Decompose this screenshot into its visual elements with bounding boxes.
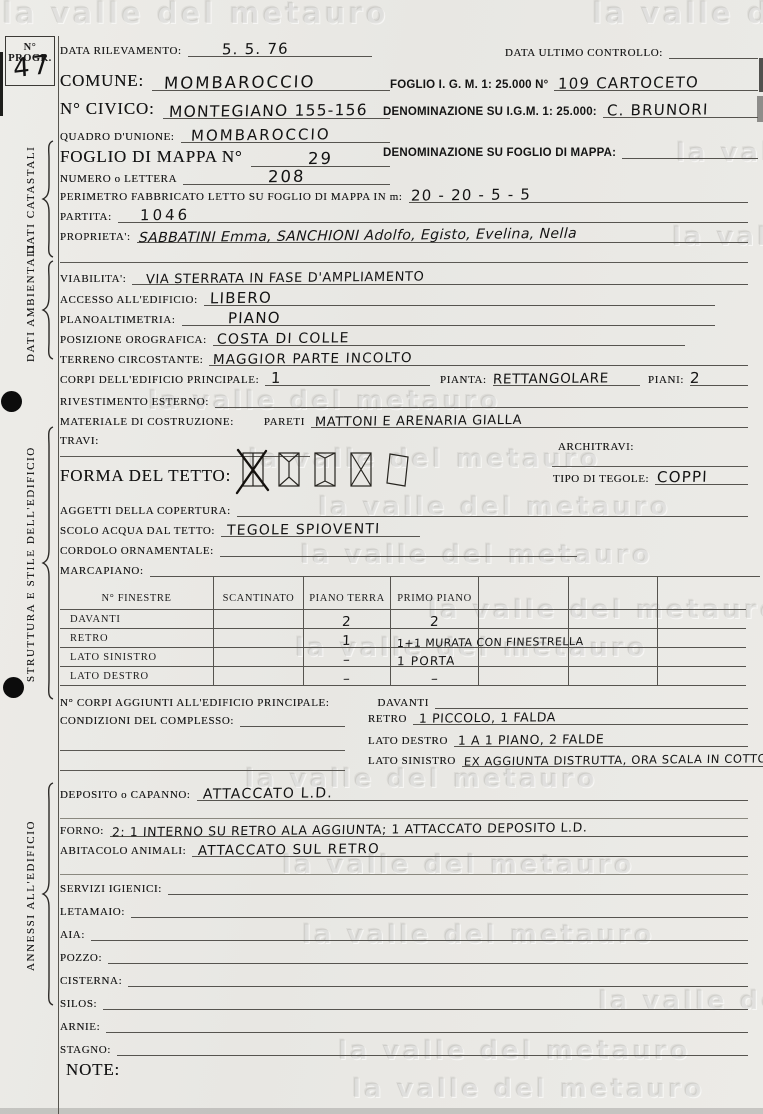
section-brace — [41, 782, 55, 1006]
data-ultimo-controllo-label: DATA ULTIMO CONTROLLO: — [505, 47, 669, 59]
servizi-value — [168, 893, 748, 895]
n-civico-label: N° CIVICO: — [60, 99, 163, 119]
sidebar-section-dati-ambientali: DATI AMBIENTALI — [25, 260, 37, 362]
architravi-label: ARCHITRAVI: — [558, 441, 640, 453]
arnie-value — [106, 1031, 748, 1033]
corpi-principale-label: CORPI DELL'EDIFICIO PRINCIPALE: — [60, 374, 265, 386]
finestre-cell: 2 — [342, 614, 352, 630]
blank-line — [60, 770, 345, 771]
comune-label: COMUNE: — [60, 71, 152, 91]
finestre-header: N° FINESTRE — [60, 576, 213, 610]
blank-line — [60, 262, 748, 263]
watermark-text: la valle del metauro — [592, 0, 763, 30]
punch-hole — [1, 391, 22, 412]
n-civico-value: MONTEGIANO 155-156 — [168, 101, 368, 121]
pozzo-label: POZZO: — [60, 952, 108, 964]
perimetro-value: 20 - 20 - 5 - 5 — [410, 185, 531, 204]
finestre-row-label: DAVANTI — [60, 610, 213, 629]
stagno-value — [117, 1054, 748, 1056]
silos-value — [103, 1008, 748, 1010]
posizione-orografica-label: POSIZIONE OROGRAFICA: — [60, 334, 213, 346]
tipo-tegole-label: TIPO DI TEGOLE: — [553, 473, 655, 485]
foglio-igm-label: FOGLIO I. G. M. 1: 25.000 N° — [390, 79, 554, 91]
cisterna-value — [128, 985, 748, 987]
pozzo-value — [108, 962, 748, 964]
perimetro-label: PERIMETRO FABBRICATO LETTO SU FOGLIO DI … — [60, 191, 409, 203]
note-label: NOTE: — [66, 1060, 128, 1079]
corpi-aggiunti-label: N° CORPI AGGIUNTI ALL'EDIFICIO PRINCIPAL… — [60, 697, 336, 709]
forno-label: FORNO: — [60, 825, 110, 837]
tipo-tegole-value: COPPI — [657, 468, 709, 487]
quadro-unione-label: QUADRO D'UNIONE: — [60, 131, 181, 143]
denominazione-igm-value: C. BRUNORI — [606, 100, 708, 119]
roof-shape-4-icon — [348, 450, 375, 490]
sidebar-section-annessi: ANNESSI ALL'EDIFICIO — [25, 782, 37, 1008]
silos-label: SILOS: — [60, 998, 103, 1010]
scolo-acqua-value: TEGOLE SPIOVENTI — [227, 521, 381, 539]
condizioni-lato-sinistro-value: EX AGGIUNTA DISTRUTTA, ORA SCALA IN COTT… — [464, 751, 763, 768]
cordolo-value — [220, 555, 577, 557]
finestre-header — [657, 576, 746, 610]
roof-shape-1-icon — [240, 450, 267, 490]
aggetti-label: AGGETTI DELLA COPERTURA: — [60, 505, 237, 517]
roof-shape-2-icon — [276, 450, 303, 490]
section-brace — [41, 140, 55, 258]
posizione-orografica-value: COSTA DI COLLE — [216, 330, 349, 347]
finestre-cell: – — [343, 671, 352, 687]
finestre-table: N° FINESTRE SCANTINATO PIANO TERRA PRIMO… — [60, 576, 746, 686]
rivestimento-value — [215, 406, 748, 408]
stagno-label: STAGNO: — [60, 1044, 117, 1056]
comune-value: MOMBAROCCIO — [164, 72, 316, 93]
terreno-circostante-label: TERRENO CIRCOSTANTE: — [60, 354, 209, 366]
scolo-acqua-label: SCOLO ACQUA DAL TETTO: — [60, 525, 221, 537]
aggetti-value — [237, 515, 748, 517]
section-brace — [41, 260, 55, 360]
condizioni-label: CONDIZIONI DEL COMPLESSO: — [60, 715, 240, 727]
abitacolo-value: ATTACCATO SUL RETRO — [198, 841, 381, 859]
scan-edge-artifact — [0, 1108, 763, 1114]
deposito-label: DEPOSITO o CAPANNO: — [60, 789, 197, 801]
corpi-principale-value: 1 — [271, 369, 283, 387]
finestre-cell: – — [430, 671, 439, 687]
finestre-cell: 1 PORTA — [397, 654, 456, 669]
accesso-label: ACCESSO ALL'EDIFICIO: — [60, 294, 204, 306]
condizioni-retro-label: RETRO — [368, 713, 413, 725]
travi-label: TRAVI: — [60, 435, 105, 447]
progr-value: 47 — [12, 50, 52, 85]
roof-shape-5-icon — [384, 450, 411, 490]
numero-lettera-value: 208 — [267, 167, 305, 186]
arnie-label: ARNIE: — [60, 1021, 106, 1033]
abitacolo-label: ABITACOLO ANIMALI: — [60, 845, 192, 857]
finestre-cell: 2 — [429, 614, 439, 630]
denominazione-mappa-value — [622, 157, 758, 159]
forma-tetto-label: FORMA DEL TETTO: — [60, 466, 239, 485]
finestre-row-label: RETRO — [60, 629, 213, 648]
pianta-value: RETTANGOLARE — [492, 370, 608, 387]
proprieta-value: SABBATINI Emma, SANCHIONI Adolfo, Egisto… — [138, 226, 577, 247]
condizioni-retro-value: 1 PICCOLO, 1 FALDA — [419, 709, 557, 725]
data-ultimo-controllo-value — [669, 57, 758, 59]
finestre-row-label: LATO DESTRO — [60, 667, 213, 686]
finestre-header: PIANO TERRA — [303, 576, 390, 610]
finestre-row-label: LATO SINISTRO — [60, 648, 213, 667]
materiale-label: MATERIALE DI COSTRUZIONE: — [60, 416, 240, 428]
letamaio-label: LETAMAIO: — [60, 906, 131, 918]
materiale-sublabel: PARETI — [264, 416, 311, 428]
section-brace — [41, 426, 55, 700]
condizioni-lato-destro-label: LATO DESTRO — [368, 735, 454, 747]
blank-line — [60, 750, 345, 751]
finestre-cell: 1 — [342, 633, 352, 649]
deposito-value: ATTACCATO L.D. — [202, 785, 333, 802]
accesso-value: LIBERO — [209, 289, 272, 308]
scan-edge-artifact — [0, 52, 3, 116]
watermark-text: la valle del metauro — [352, 1074, 705, 1104]
finestre-header — [568, 576, 657, 610]
materiale-value: MATTONI E ARENARIA GIALLA — [315, 413, 523, 430]
data-rilevamento-value: 5. 5. 76 — [221, 40, 289, 59]
data-rilevamento-label: DATA RILEVAMENTO: — [60, 45, 188, 57]
planoaltimetria-value: PIANO — [227, 309, 281, 328]
partita-label: PARTITA: — [60, 211, 118, 223]
finestre-header — [478, 576, 568, 610]
watermark-text: la valle del metauro — [2, 0, 388, 30]
proprieta-label: PROPRIETA': — [60, 231, 137, 243]
sidebar-section-struttura-stile: STRUTTURA E STILE DELL'EDIFICIO — [25, 426, 37, 702]
condizioni-lato-destro-value: 1 A 1 PIANO, 2 FALDE — [458, 731, 605, 748]
servizi-label: SERVIZI IGIENICI: — [60, 883, 168, 895]
roof-shape-pictograms — [240, 450, 411, 490]
pianta-label: PIANTA: — [440, 374, 493, 386]
aia-value — [91, 939, 748, 941]
foglio-igm-value: 109 CARTOCETO — [558, 73, 700, 92]
condizioni-lato-sinistro-label: LATO SINISTRO — [368, 755, 462, 767]
finestre-header: SCANTINATO — [213, 576, 303, 610]
scanned-form-page: la valle del metauro la valle del metaur… — [0, 0, 763, 1114]
sidebar-section-dati-catastali: DATI CATASTALI — [25, 140, 37, 260]
cordolo-label: CORDOLO ORNAMENTALE: — [60, 545, 220, 557]
finestre-header: PRIMO PIANO — [390, 576, 478, 610]
forno-value: 2: 1 INTERNO SU RETRO ALA AGGIUNTA; 1 AT… — [112, 820, 588, 840]
aia-label: AIA: — [60, 929, 91, 941]
piani-value: 2 — [690, 369, 702, 387]
denominazione-igm-label: DENOMINAZIONE SU I.G.M. 1: 25.000: — [383, 106, 603, 118]
blank-line — [60, 874, 748, 875]
finestre-cell: – — [343, 652, 352, 668]
viabilita-value: VIA STERRATA IN FASE D'AMPLIAMENTO — [146, 270, 425, 288]
numero-lettera-label: NUMERO o LETTERA — [60, 173, 183, 185]
denominazione-mappa-label: DENOMINAZIONE SU FOGLIO DI MAPPA: — [383, 147, 622, 159]
viabilita-label: VIABILITA': — [60, 273, 132, 285]
rivestimento-label: RIVESTIMENTO ESTERNO: — [60, 396, 215, 408]
partita-value: 1046 — [139, 206, 190, 225]
punch-hole — [3, 677, 24, 698]
roof-shape-3-icon — [312, 450, 339, 490]
planoaltimetria-label: PLANOALTIMETRIA: — [60, 314, 182, 326]
piani-label: PIANI: — [648, 374, 690, 386]
scan-edge-artifact — [759, 58, 763, 92]
sidebar-divider-line — [58, 36, 59, 1114]
finestre-cell: 1+1 MURATA CON FINESTRELLA — [397, 635, 584, 650]
cisterna-label: CISTERNA: — [60, 975, 128, 987]
quadro-unione-value: MOMBAROCCIO — [190, 125, 330, 144]
letamaio-value — [131, 916, 748, 918]
